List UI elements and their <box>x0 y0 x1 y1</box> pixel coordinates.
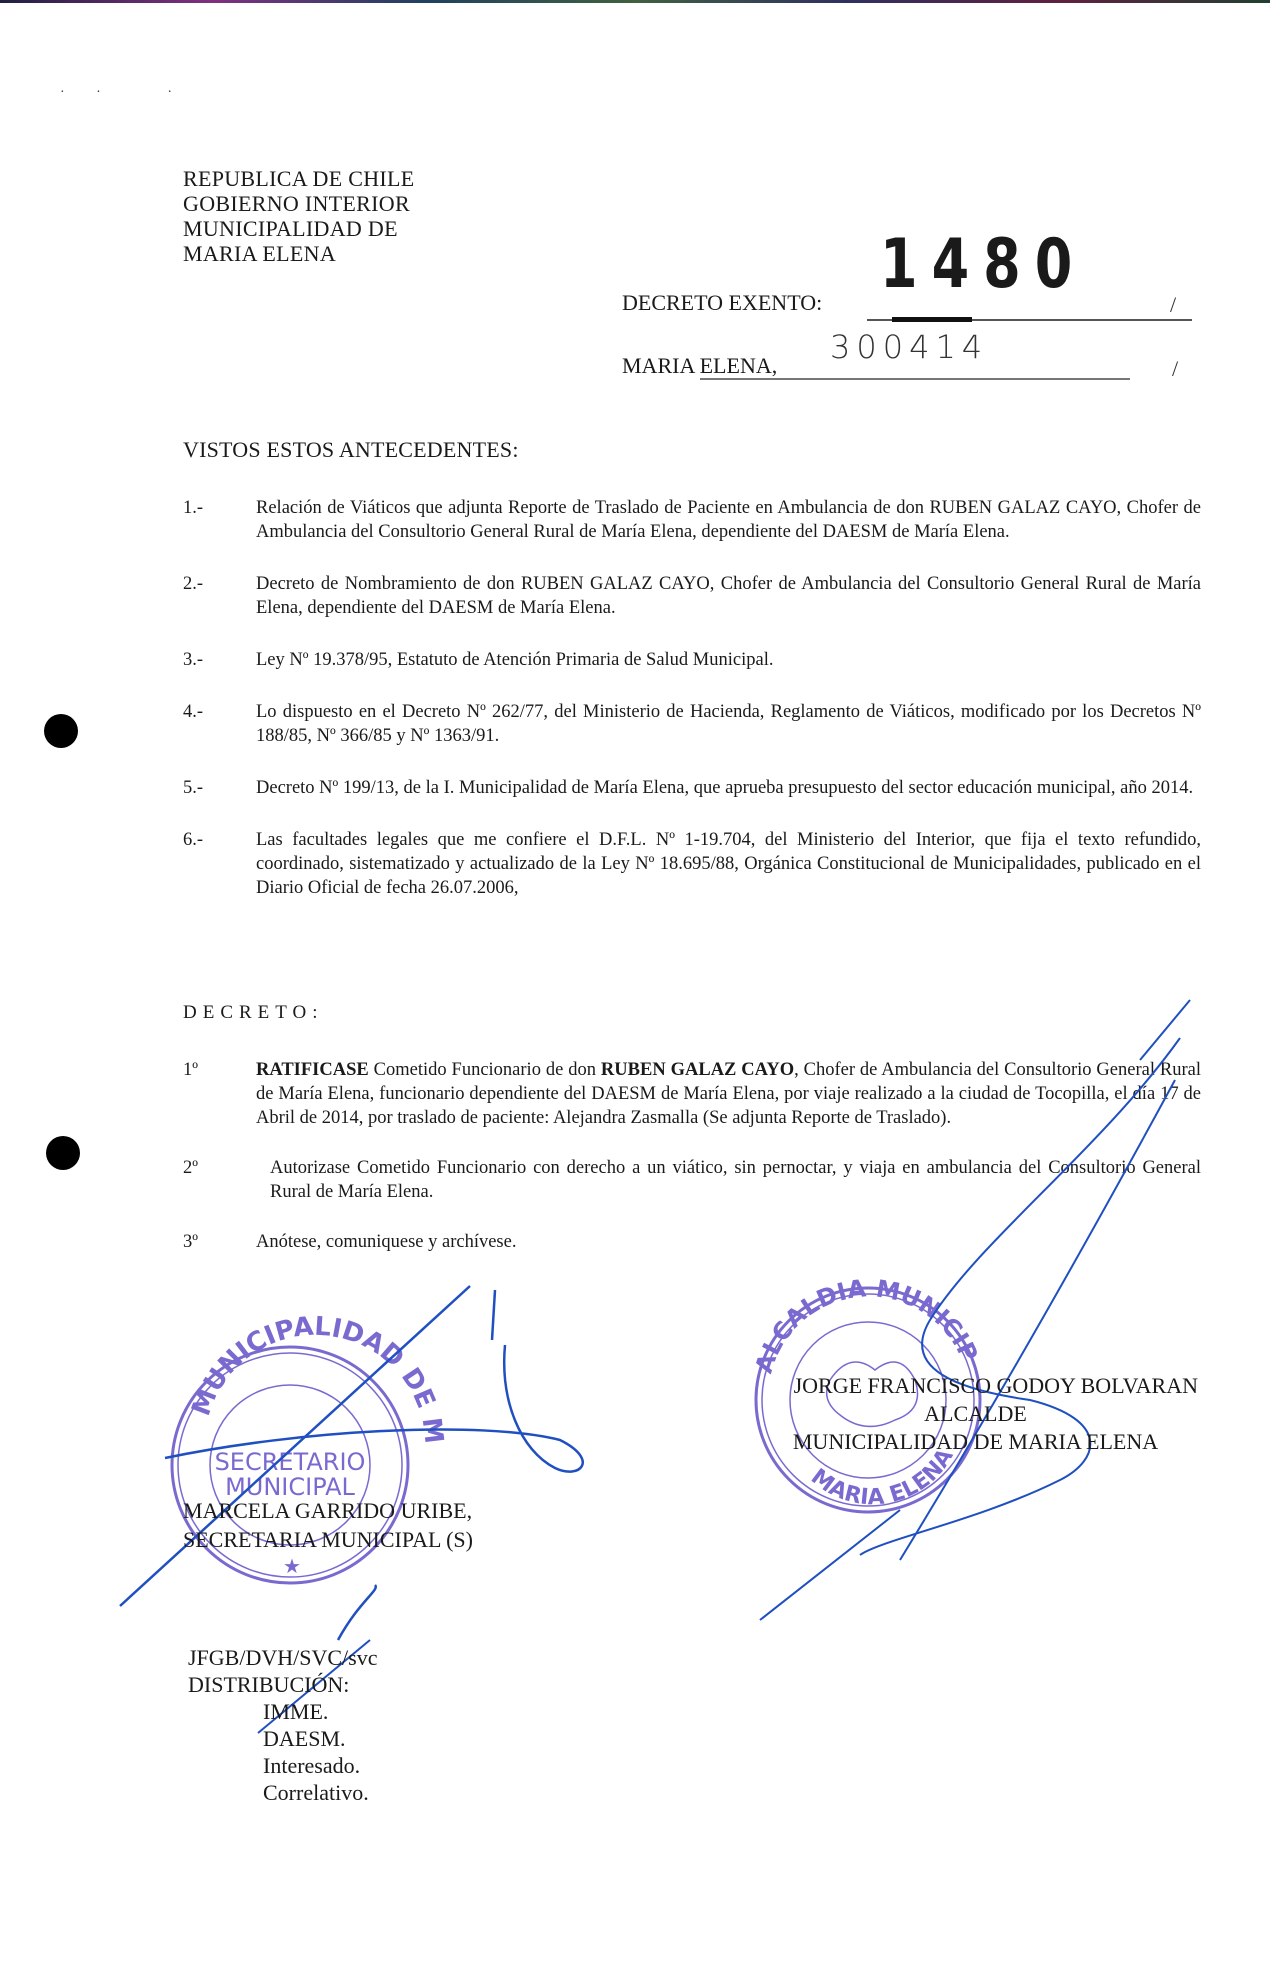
item-text: Decreto de Nombramiento de don RUBEN GAL… <box>256 572 1201 620</box>
item-number: 5.- <box>183 776 256 800</box>
item-text: Decreto Nº 199/13, de la I. Municipalida… <box>256 776 1201 800</box>
distribucion-item: Correlativo. <box>263 1779 377 1806</box>
fecha-value: 300414 <box>830 328 988 366</box>
punch-hole-top <box>44 714 78 748</box>
item-number: 1º <box>183 1058 256 1130</box>
item-number: 2.- <box>183 572 256 620</box>
signer-title: ALCALDE <box>753 1400 1198 1428</box>
item-number: 3.- <box>183 648 256 672</box>
signer-title: SECRETARIA MUNICIPAL (S) <box>183 1525 473 1554</box>
signer-organization: MUNICIPALIDAD DE MARIA ELENA <box>753 1428 1198 1456</box>
vistos-title: VISTOS ESTOS ANTECEDENTES: <box>183 437 519 463</box>
resolucion-item: 2º Autorizase Cometido Funcionario con d… <box>183 1156 1201 1204</box>
decreto-tick: / <box>1170 292 1176 318</box>
resolucion-item: 3º Anótese, comuniquese y archívese. <box>183 1230 1201 1254</box>
signer-name: JORGE FRANCISCO GODOY BOLVARAN <box>753 1372 1198 1400</box>
footer: JFGB/DVH/SVC/svc DISTRIBUCIÓN: IMME. DAE… <box>188 1644 377 1806</box>
distribucion-label: DISTRIBUCIÓN: <box>188 1671 377 1698</box>
letterhead-line: REPUBLICA DE CHILE <box>183 166 415 191</box>
signature-secretaria <box>120 1286 583 1640</box>
item-number: 4.- <box>183 700 256 748</box>
letterhead-line: MARIA ELENA <box>183 241 415 266</box>
item-text: Las facultades legales que me confiere e… <box>256 828 1201 900</box>
vistos-item: 2.- Decreto de Nombramiento de don RUBEN… <box>183 572 1201 620</box>
vistos-list: 1.- Relación de Viáticos que adjunta Rep… <box>183 496 1201 928</box>
item-keyword: RATIFICASE <box>256 1060 369 1080</box>
distribucion-list: IMME. DAESM. Interesado. Correlativo. <box>188 1698 377 1806</box>
fecha-underline <box>700 378 1130 380</box>
letterhead-line: GOBIERNO INTERIOR <box>183 191 415 216</box>
item-number: 2º <box>183 1156 256 1204</box>
letterhead: REPUBLICA DE CHILE GOBIERNO INTERIOR MUN… <box>183 166 415 266</box>
vistos-item: 6.- Las facultades legales que me confie… <box>183 828 1201 900</box>
resolucion-item: 1º RATIFICASE Cometido Funcionario de do… <box>183 1058 1201 1130</box>
vistos-item: 1.- Relación de Viáticos que adjunta Rep… <box>183 496 1201 544</box>
vistos-item: 5.- Decreto Nº 199/13, de la I. Municipa… <box>183 776 1201 800</box>
scan-specks: · · · <box>60 85 186 101</box>
decreto-label: DECRETO EXENTO: <box>622 290 822 316</box>
distribucion-item: Interesado. <box>263 1752 377 1779</box>
firma-secretaria: MARCELA GARRIDO URIBE, SECRETARIA MUNICI… <box>183 1496 473 1554</box>
letterhead-line: MUNICIPALIDAD DE <box>183 216 415 241</box>
item-text: Autorizase Cometido Funcionario con dere… <box>256 1156 1201 1204</box>
vistos-item: 3.- Ley Nº 19.378/95, Estatuto de Atenci… <box>183 648 1201 672</box>
item-text-part: Cometido Funcionario de don <box>369 1060 601 1080</box>
item-number: 3º <box>183 1230 256 1254</box>
punch-hole-bottom <box>46 1136 80 1170</box>
item-person-name: RUBEN GALAZ CAYO <box>601 1060 794 1080</box>
stamp-inner-line: SECRETARIO <box>215 1448 366 1476</box>
resolucion-list: 1º RATIFICASE Cometido Funcionario de do… <box>183 1058 1201 1280</box>
item-text: Relación de Viáticos que adjunta Reporte… <box>256 496 1201 544</box>
signer-name: MARCELA GARRIDO URIBE, <box>183 1496 473 1525</box>
fecha-label: MARIA ELENA, <box>622 353 777 379</box>
item-text: Ley Nº 19.378/95, Estatuto de Atención P… <box>256 648 1201 672</box>
initials: JFGB/DVH/SVC/svc <box>188 1644 377 1671</box>
item-text: Anótese, comuniquese y archívese. <box>256 1230 1201 1254</box>
decreto-number: 1480 <box>880 224 1086 303</box>
decreto-section-title: DECRETO: <box>183 1002 324 1024</box>
decreto-underline-mark <box>892 317 972 322</box>
item-number: 6.- <box>183 828 256 900</box>
scan-edge <box>0 0 1270 3</box>
item-text: Lo dispuesto en el Decreto Nº 262/77, de… <box>256 700 1201 748</box>
distribucion-item: DAESM. <box>263 1725 377 1752</box>
vistos-item: 4.- Lo dispuesto en el Decreto Nº 262/77… <box>183 700 1201 748</box>
item-text: RATIFICASE Cometido Funcionario de don R… <box>256 1058 1201 1130</box>
fecha-tick: / <box>1172 356 1178 382</box>
firma-alcalde: JORGE FRANCISCO GODOY BOLVARAN ALCALDE M… <box>753 1372 1198 1456</box>
stamp-star-icon: ★ <box>283 1556 301 1578</box>
item-number: 1.- <box>183 496 256 544</box>
distribucion-item: IMME. <box>263 1698 377 1725</box>
